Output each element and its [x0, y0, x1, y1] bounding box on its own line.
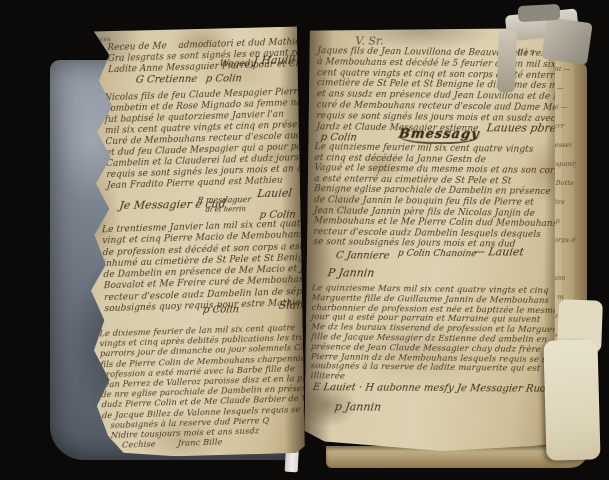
signature: Slamel [278, 298, 305, 312]
signature: P Jannin [327, 266, 376, 279]
signature-flourish: Bmessagy [397, 127, 480, 145]
right-page: V. Sr. trois Jaques fils de Jean Louvill… [305, 24, 558, 454]
register-entry: Le quinziesme Mars mil six cent quatre v… [310, 284, 557, 385]
signature: — Lauiet [473, 245, 525, 258]
signature: Lauiel [257, 187, 293, 201]
register-entry: Le trentiesme Janvier lan mil six cent q… [102, 217, 305, 315]
torn-page-edge [497, 30, 517, 93]
signature: di et herrin [205, 205, 246, 214]
torn-page-edge [518, 4, 561, 22]
torn-page-edge [541, 17, 592, 65]
register-entry: Nicolas fils de feu Claude Mespagier Pie… [104, 86, 305, 193]
signature: Lauues pbre [486, 121, 557, 134]
signature: Wegedy [219, 59, 256, 70]
heading-mark: V. Sr. [355, 34, 383, 47]
signature: p Colin [202, 304, 239, 316]
register-entry: Le quinziesme feurier mil six cent quatr… [313, 142, 557, 251]
signature: J Hauill [253, 54, 296, 68]
left-page: Reces Receu de Me admodiatori et dud Mat… [83, 27, 305, 458]
register-entry: Le dixiesme feurier de lan mil six cent … [99, 321, 305, 451]
signature: C Janniere [335, 250, 390, 261]
signature: p Colin Chanoine [397, 249, 477, 260]
signature: p Jannin [334, 400, 382, 413]
signature: p Colin [205, 73, 242, 85]
repair-patch [543, 339, 600, 460]
signature: R mesdaguer [197, 195, 252, 205]
signature: E Lauiet · H aubonne mesfy Je Messagier … [312, 382, 547, 395]
register-photo: ant —u —mi —ecrrBesseilespantya Bottepbr… [0, 0, 609, 480]
signature: G Cretienne [135, 74, 198, 86]
